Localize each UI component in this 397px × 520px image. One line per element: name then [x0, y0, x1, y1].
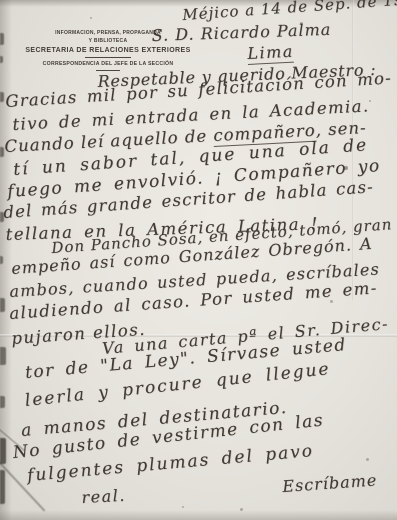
binding-mark [0, 147, 4, 157]
binding-mark [0, 256, 3, 264]
binding-mark [0, 56, 3, 63]
binding-mark [0, 396, 5, 408]
binding-mark [0, 33, 4, 45]
binding-mark [0, 438, 6, 464]
letterhead-line-3: SECRETARIA DE RELACIONES EXTERIORES [24, 47, 192, 54]
paper-speck [182, 506, 184, 508]
paper-speck [366, 458, 369, 461]
recipient-city: Lima [247, 42, 294, 65]
letter-scan: { "colors": { "paper": "#e7e4de", "ink":… [0, 0, 397, 520]
binding-mark [0, 92, 4, 102]
scan-shadow-bottom [0, 510, 397, 520]
recipient-line: S. D. Ricardo Palma [151, 20, 331, 45]
letterhead-line-4: CORRESPONDENCIA DEL JEFE DE LA SECCIÓN [24, 61, 192, 67]
closing: Escríbame [282, 470, 378, 496]
binding-mark [0, 470, 5, 504]
handwritten-line: real. [81, 486, 126, 507]
binding-mark [0, 298, 5, 312]
paper-speck [240, 508, 243, 511]
letterhead-rule [85, 57, 131, 58]
paper-speck [90, 17, 92, 19]
binding-mark [0, 347, 6, 365]
